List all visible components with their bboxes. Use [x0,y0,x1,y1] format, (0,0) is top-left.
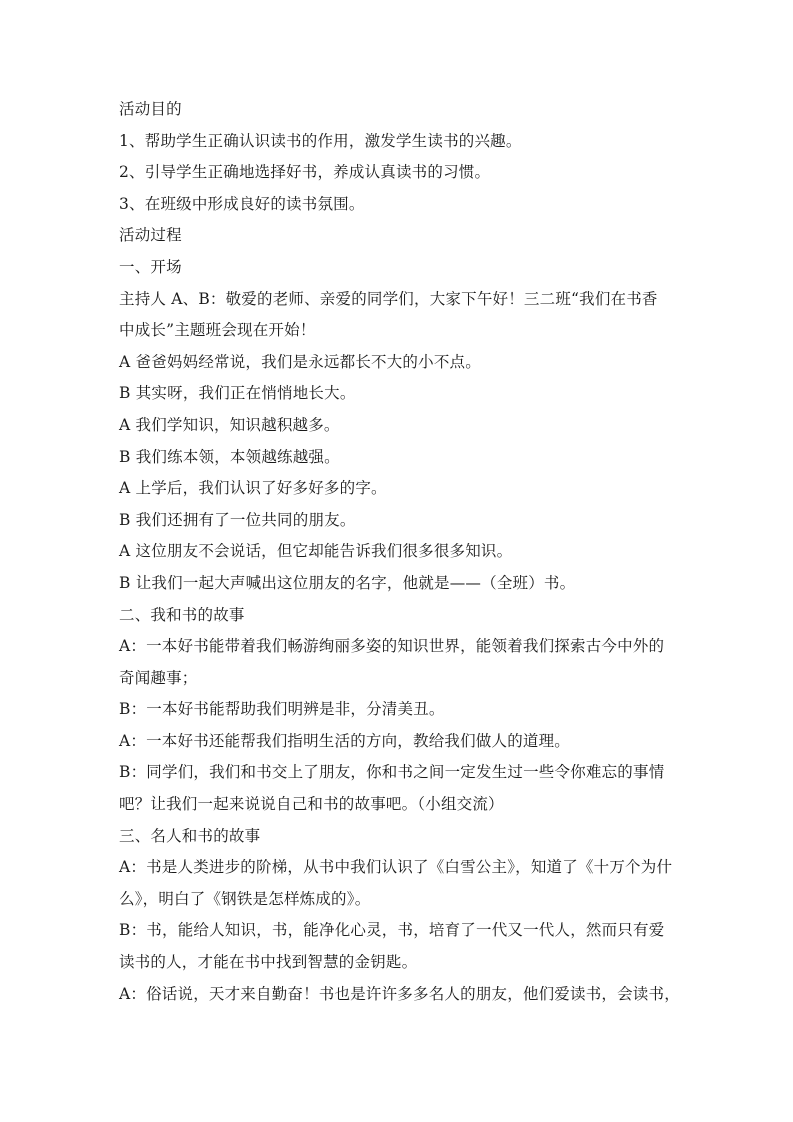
dialogue-line: A：俗话说，天才来自勤奋！书也是许许多多名人的朋友，他们爱读书，会读书， [119,979,675,1011]
text-line: 读书的人，才能在书中找到智慧的金钥匙。 [119,947,675,979]
text-line: B：书，能给人知识，书，能净化心灵，书，培育了一代又一代人，然而只有爱 [119,915,675,947]
dialogue-line: B 让我们一起大声喊出这位朋友的名字，他就是——（全班）书。 [119,568,675,600]
dialogue-line: B：一本好书能帮助我们明辨是非，分清美丑。 [119,694,675,726]
text-line: 奇闻趣事； [119,663,675,695]
dialogue-line: A：一本好书还能帮我们指明生活的方向，教给我们做人的道理。 [119,726,675,758]
section-heading-famous-people: 三、名人和书的故事 [119,821,675,853]
text-line: 中成长”主题班会现在开始！ [119,315,675,347]
dialogue-line: A 这位朋友不会说话，但它却能告诉我们很多很多知识。 [119,536,675,568]
dialogue-paragraph: A：一本好书能带着我们畅游绚丽多姿的知识世界，能领着我们探索古今中外的 奇闻趣事… [119,631,675,694]
dialogue-line: B 其实呀，我们正在悄悄地长大。 [119,378,675,410]
dialogue-line: B 我们练本领，本领越练越强。 [119,442,675,474]
section-heading-process: 活动过程 [119,220,675,252]
dialogue-line: A 爸爸妈妈经常说，我们是永远都长不大的小不点。 [119,347,675,379]
section-heading-opening: 一、开场 [119,252,675,284]
purpose-item-3: 3、在班级中形成良好的读书氛围。 [119,189,675,221]
section-heading-my-book-story: 二、我和书的故事 [119,600,675,632]
text-line: 么》，明白了《钢铁是怎样炼成的》。 [119,884,675,916]
dialogue-line: A 上学后，我们认识了好多好多的字。 [119,473,675,505]
purpose-item-1: 1、帮助学生正确认识读书的作用，激发学生读书的兴趣。 [119,126,675,158]
document-page: 活动目的 1、帮助学生正确认识读书的作用，激发学生读书的兴趣。 2、引导学生正确… [119,94,675,1010]
text-line: A：书是人类进步的阶梯，从书中我们认识了《白雪公主》，知道了《十万个为什 [119,852,675,884]
opening-host-intro: 主持人 A、B：敬爱的老师、亲爱的同学们，大家下午好！三二班“我们在书香 中成长… [119,284,675,347]
dialogue-paragraph: B：同学们，我们和书交上了朋友，你和书之间一定发生过一些令你难忘的事情 吧？让我… [119,757,675,820]
text-line: B：同学们，我们和书交上了朋友，你和书之间一定发生过一些令你难忘的事情 [119,757,675,789]
dialogue-paragraph: B：书，能给人知识，书，能净化心灵，书，培育了一代又一代人，然而只有爱 读书的人… [119,915,675,978]
dialogue-paragraph: A：书是人类进步的阶梯，从书中我们认识了《白雪公主》，知道了《十万个为什 么》，… [119,852,675,915]
dialogue-line: B 我们还拥有了一位共同的朋友。 [119,505,675,537]
purpose-item-2: 2、引导学生正确地选择好书，养成认真读书的习惯。 [119,157,675,189]
dialogue-line: A 我们学知识，知识越积越多。 [119,410,675,442]
text-line: 主持人 A、B：敬爱的老师、亲爱的同学们，大家下午好！三二班“我们在书香 [119,284,675,316]
text-line: 吧？让我们一起来说说自己和书的故事吧。（小组交流） [119,789,675,821]
section-heading-purpose: 活动目的 [119,94,675,126]
text-line: A：一本好书能带着我们畅游绚丽多姿的知识世界，能领着我们探索古今中外的 [119,631,675,663]
